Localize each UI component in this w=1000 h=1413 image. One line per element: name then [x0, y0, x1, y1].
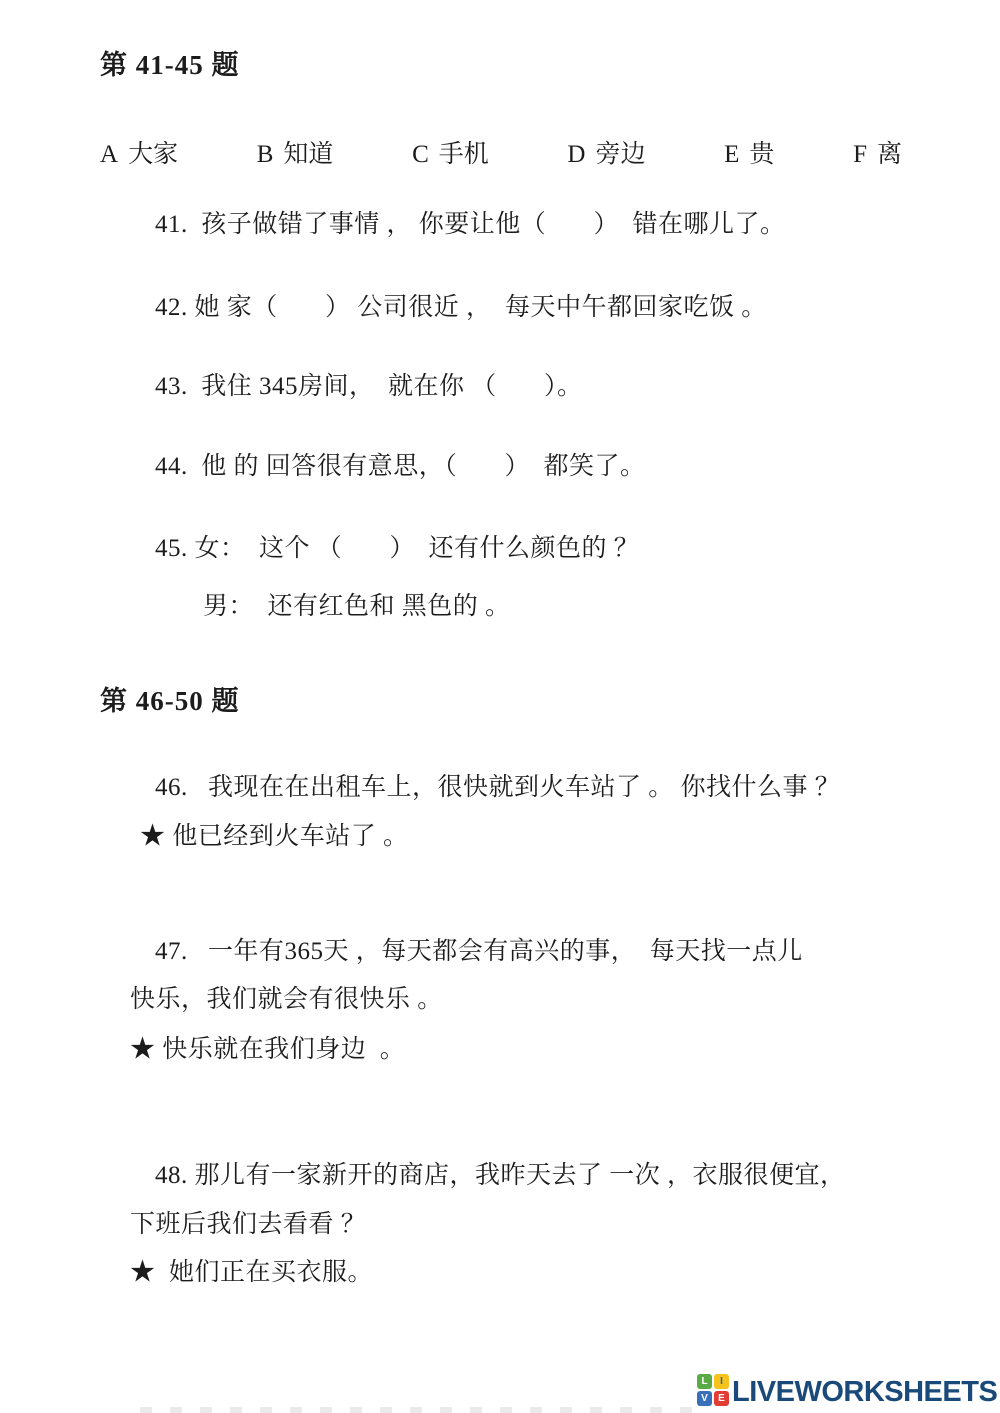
question-48-line2: 下班后我们去看看 ？ — [130, 1210, 366, 1240]
option-letter: C — [412, 141, 429, 168]
question-47-line1: 47. 一年有365天 ，每天都会有高兴的事， 每天找一点儿 — [155, 937, 803, 967]
option-word: 知道 — [283, 141, 333, 168]
logo-square-v: V — [697, 1391, 712, 1406]
logo-square-i: I — [714, 1374, 729, 1389]
word-bank-item-c: C手机 — [412, 134, 489, 170]
option-letter: B — [257, 141, 274, 168]
question-42: 42. 她 家（ ） 公司很近 ， 每天中午都回家吃饭 。 — [155, 293, 767, 323]
option-word: 贵 — [749, 141, 774, 168]
word-bank-item-b: B知道 — [257, 134, 334, 170]
question-45-line2: 男： 还有红色和 黑色的 。 — [203, 592, 511, 622]
question-46-star-statement: ★ 他已经到火车站了 。 — [140, 822, 409, 852]
question-48-line1: 48. 那儿有一家新开的商店，我昨天去了 一次 ，衣服很便宜， — [155, 1161, 846, 1191]
question-44: 44. 他 的 回答很有意思，（ ） 都笑了。 — [155, 452, 646, 482]
word-bank-item-a: A大家 — [100, 134, 178, 170]
liveworksheets-logo-icon: L I V E — [697, 1374, 729, 1406]
liveworksheets-logo-link[interactable]: L I V E LIVEWORKSHEETS — [697, 1374, 997, 1408]
cutoff-next-line-artifact — [140, 1407, 700, 1413]
question-46-line1: 46. 我现在在出租车上，很快就到火车站了 。 你找什么事 ？ — [155, 773, 840, 803]
logo-square-l: L — [697, 1374, 712, 1389]
section-header-41-45: 第 41-45 题 — [100, 50, 240, 80]
word-bank-item-d: D旁边 — [567, 134, 645, 170]
option-letter: F — [853, 141, 867, 168]
option-word: 大家 — [128, 141, 178, 168]
question-45-line1: 45. 女： 这个 （ ） 还有什么颜色的 ？ — [155, 534, 639, 564]
option-word: 手机 — [439, 141, 489, 168]
question-41: 41. 孩子做错了事情 ， 你要让他（ ） 错在哪儿了。 — [155, 210, 786, 240]
option-word: 离 — [877, 141, 902, 168]
logo-square-e: E — [714, 1391, 729, 1406]
option-word: 旁边 — [595, 141, 645, 168]
option-letter: D — [567, 141, 585, 168]
question-43: 43. 我住 345房间， 就在你 （ ）。 — [155, 372, 583, 402]
option-letter: A — [100, 141, 118, 168]
option-letter: E — [724, 141, 739, 168]
worksheet-page: 第 41-45 题 A大家 B知道 C手机 D旁边 E贵 F离 41. 孩子做错… — [0, 0, 1000, 1413]
word-bank-item-f: F离 — [853, 134, 902, 170]
word-bank: A大家 B知道 C手机 D旁边 E贵 F离 — [100, 134, 902, 170]
liveworksheets-logo-text: LIVEWORKSHEETS — [732, 1376, 997, 1408]
question-47-star-statement: ★ 快乐就在我们身边 。 — [130, 1035, 405, 1065]
section-header-46-50: 第 46-50 题 — [100, 686, 240, 716]
word-bank-item-e: E贵 — [724, 134, 774, 170]
question-47-line2: 快乐，我们就会有很快乐 。 — [130, 985, 443, 1015]
question-48-star-statement: ★ 她们正在买衣服。 — [130, 1258, 373, 1288]
